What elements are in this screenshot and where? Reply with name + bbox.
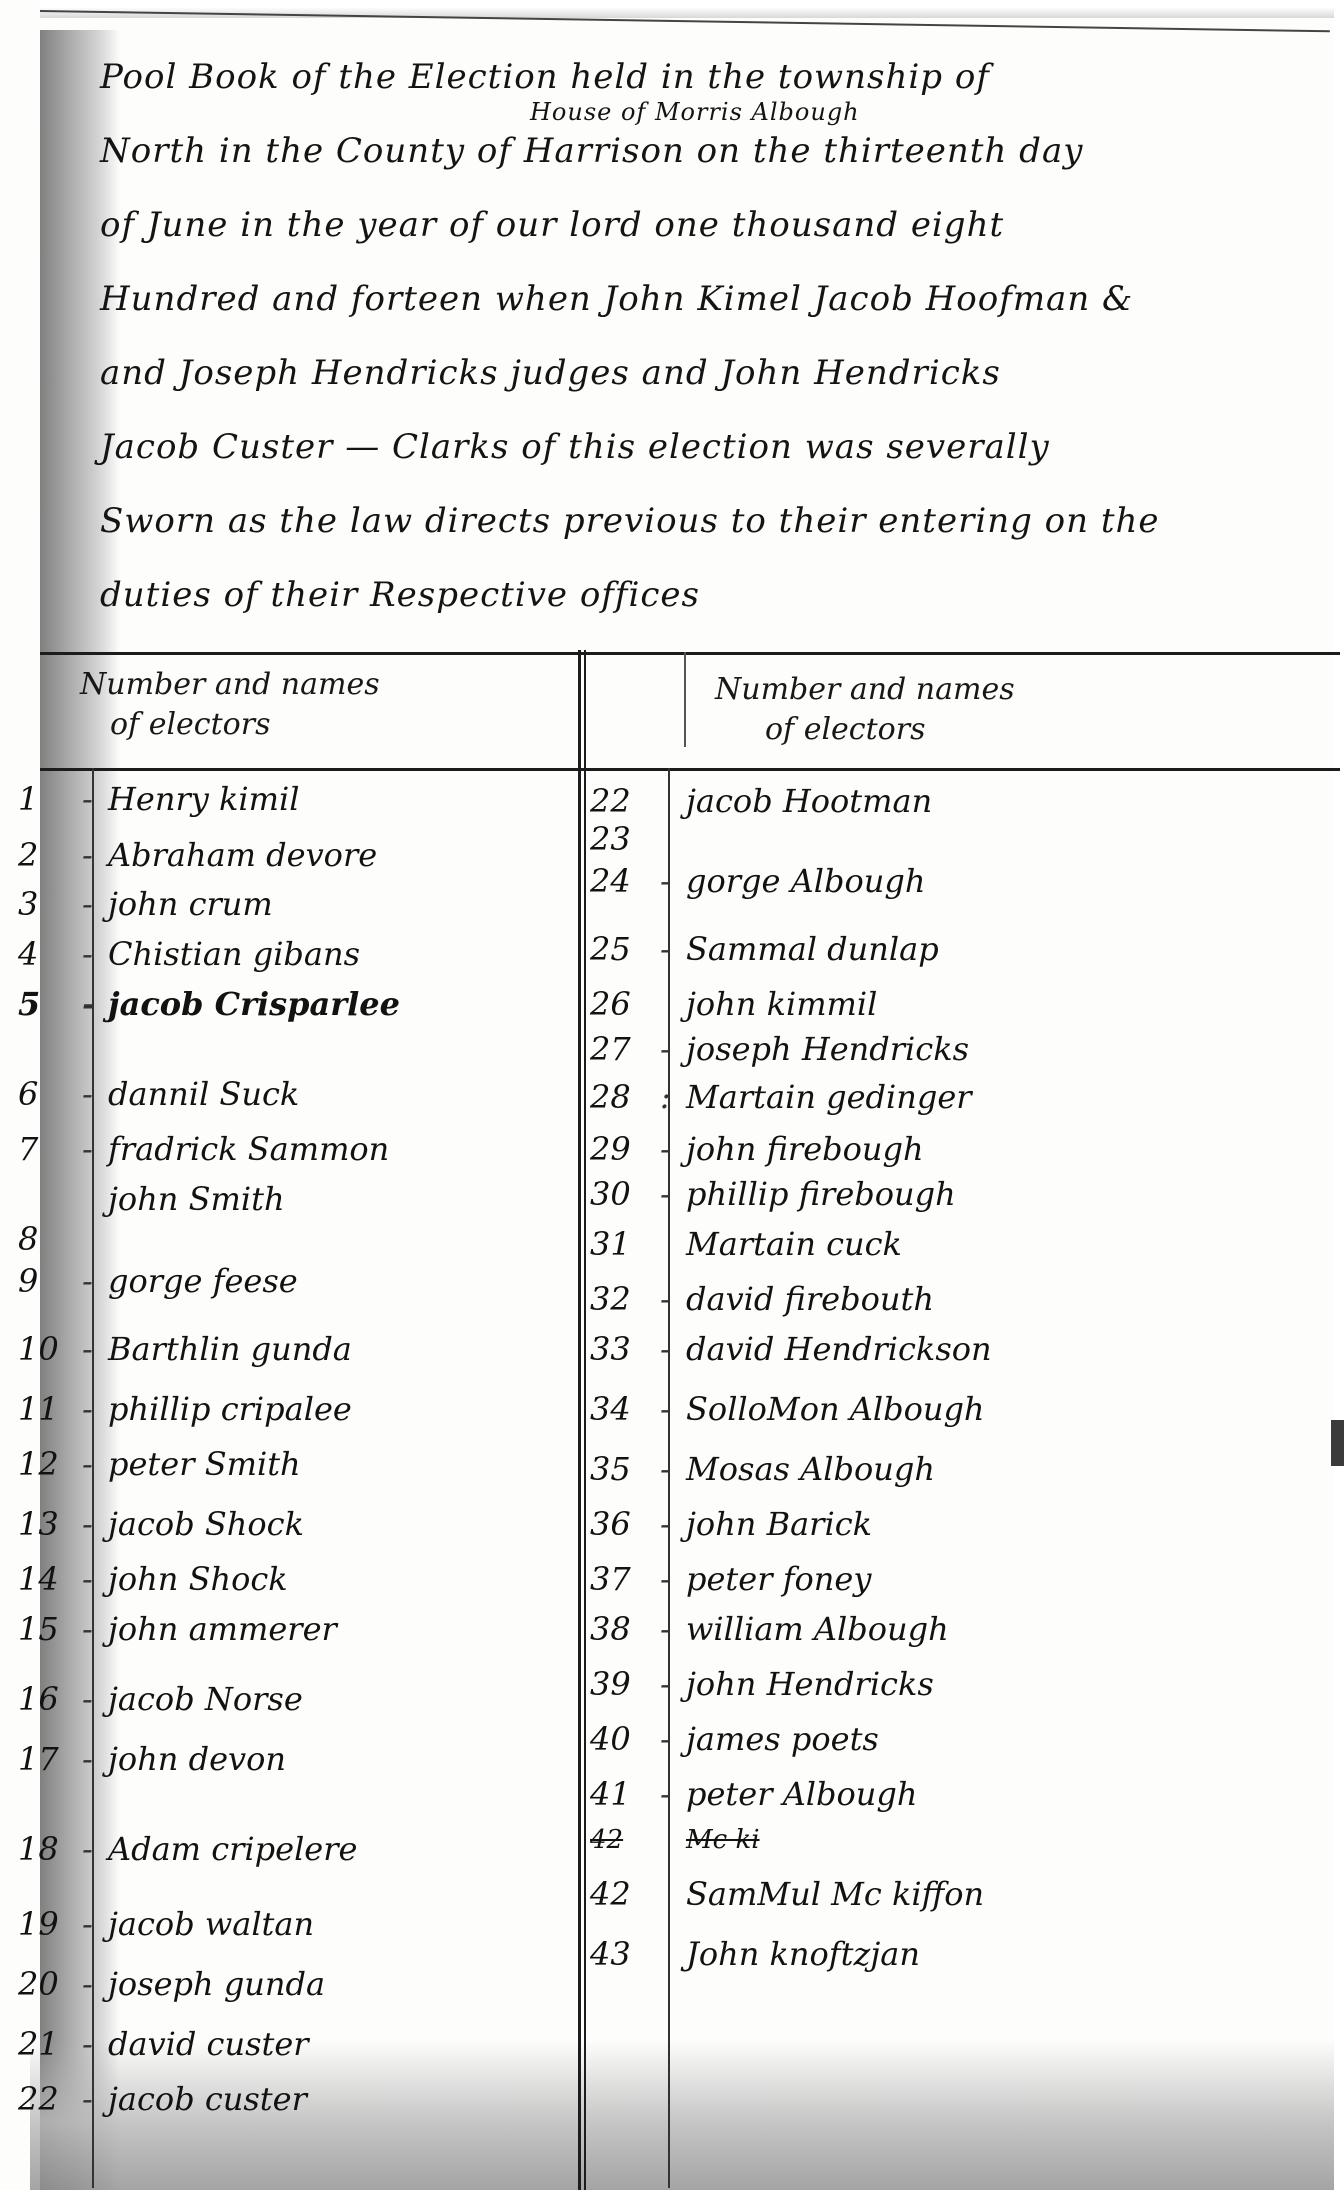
header-ink-mark [684, 652, 686, 747]
elector-name: jacob waltan [108, 1905, 314, 1943]
elector-name: John knoftzjan [686, 1935, 920, 1973]
elector-number: 17 [18, 1740, 82, 1778]
elector-row: 1-Henry kimil [18, 780, 299, 838]
elector-name: peter foney [686, 1560, 871, 1598]
elector-row: 21-david custer [18, 2025, 309, 2083]
elector-number: 32 [590, 1280, 660, 1318]
elector-row: 9-gorge feese [18, 1262, 298, 1320]
elector-name: john kimmil [686, 985, 877, 1023]
dash: - [82, 1075, 108, 1113]
elector-name: Barthlin gunda [108, 1330, 352, 1368]
table-top-rule [40, 652, 1340, 655]
dash: - [660, 1665, 686, 1703]
elector-name: jacob Hootman [686, 782, 932, 820]
elector-number: 30 [590, 1175, 660, 1213]
elector-row: 28:Martain gedinger [590, 1078, 972, 1136]
dash: - [660, 1775, 686, 1813]
elector-row: 42 SamMul Mc kiffon [590, 1875, 984, 1933]
heading-line: Sworn as the law directs previous to the… [100, 484, 1300, 558]
elector-name: Martain gedinger [686, 1078, 972, 1116]
elector-name: dannil Suck [108, 1075, 299, 1113]
elector-row: 33-david Hendrickson [590, 1330, 992, 1388]
elector-row: 10-Barthlin gunda [18, 1330, 352, 1388]
elector-name: Mosas Albough [686, 1450, 935, 1488]
left-header-line: Number and names [80, 665, 380, 705]
elector-name: phillip cripalee [108, 1390, 352, 1428]
elector-number: 40 [590, 1720, 660, 1758]
page-top-shadow [40, 0, 1344, 18]
elector-name: james poets [686, 1720, 879, 1758]
elector-number: 35 [590, 1450, 660, 1488]
elector-name: Abraham devore [108, 836, 377, 874]
right-header-line: of electors [715, 710, 1015, 750]
elector-name: john Hendricks [686, 1665, 934, 1703]
header-bottom-rule [40, 768, 1340, 771]
dash: - [82, 1390, 108, 1428]
dash: - [82, 885, 108, 923]
elector-number: 3 [18, 885, 82, 923]
elector-name: Henry kimil [108, 780, 299, 818]
elector-number: 12 [18, 1445, 82, 1483]
elector-number: 27 [590, 1030, 660, 1068]
heading-line: duties of their Respective offices [100, 558, 1300, 632]
dash: - [82, 935, 108, 973]
dash: - [660, 1390, 686, 1428]
elector-name: gorge feese [108, 1262, 298, 1300]
dash: - [660, 1610, 686, 1648]
dash: - [82, 985, 108, 1023]
elector-row: 38-william Albough [590, 1610, 949, 1668]
page-edge-tab [1331, 1420, 1344, 1466]
dash: - [82, 836, 108, 874]
dash: - [82, 1610, 108, 1648]
elector-name: jacob Shock [108, 1505, 304, 1543]
elector-number: 29 [590, 1130, 660, 1168]
elector-name: david Hendrickson [686, 1330, 992, 1368]
elector-row: 19-jacob waltan [18, 1905, 314, 1963]
elector-number: 19 [18, 1905, 82, 1943]
dash: - [660, 930, 686, 968]
elector-name: jacob Crisparlee [108, 985, 400, 1023]
dash: - [82, 1560, 108, 1598]
elector-row: 43 John knoftzjan [590, 1935, 920, 1993]
elector-name: john Smith [108, 1180, 285, 1218]
heading-line: and Joseph Hendricks judges and John Hen… [100, 336, 1300, 410]
elector-number: 36 [590, 1505, 660, 1543]
dash: - [82, 1330, 108, 1368]
elector-name: Martain cuck [686, 1225, 902, 1263]
dash: - [660, 1560, 686, 1598]
elector-row: 40-james poets [590, 1720, 879, 1778]
elector-number: 22 [590, 782, 660, 820]
poll-book-heading: Pool Book of the Election held in the to… [100, 40, 1300, 632]
elector-number: 8 [18, 1220, 82, 1258]
elector-number: 2 [18, 836, 82, 874]
elector-number: 13 [18, 1505, 82, 1543]
elector-number: 6 [18, 1075, 82, 1113]
elector-row: 20-joseph gunda [18, 1965, 325, 2023]
elector-row: 36-john Barick [590, 1505, 872, 1563]
dash: : [660, 1078, 686, 1116]
elector-name: fradrick Sammon [108, 1130, 389, 1168]
center-column-divider [578, 650, 581, 2190]
elector-number: 24 [590, 862, 660, 900]
elector-name: john ammerer [108, 1610, 337, 1648]
dash: - [660, 1330, 686, 1368]
heading-insertion: House of Morris Albough [530, 100, 860, 124]
dash: - [82, 1130, 108, 1168]
elector-row: 34-SolloMon Albough [590, 1390, 985, 1448]
elector-number: 26 [590, 985, 660, 1023]
elector-number: 42 [590, 1825, 660, 1855]
elector-row: 12-peter Smith [18, 1445, 301, 1503]
dash: - [82, 1905, 108, 1943]
dash: - [660, 1720, 686, 1758]
dash: - [660, 862, 686, 900]
elector-name: jacob Norse [108, 1680, 303, 1718]
page-right-margin [1334, 0, 1344, 2190]
elector-number: 42 [590, 1875, 660, 1913]
heading-line: Hundred and forteen when John Kimel Jaco… [100, 262, 1300, 336]
elector-name: SamMul Mc kiffon [686, 1875, 984, 1913]
elector-row: 31 Martain cuck [590, 1225, 902, 1283]
dash: - [82, 780, 108, 818]
elector-row: 15-john ammerer [18, 1610, 337, 1668]
elector-number: 4 [18, 935, 82, 973]
elector-number: 20 [18, 1965, 82, 2003]
dash: - [82, 1505, 108, 1543]
elector-name: john Barick [686, 1505, 872, 1543]
elector-row: 17-john devon [18, 1740, 286, 1798]
elector-number: 1 [18, 780, 82, 818]
elector-row: 35-Mosas Albough [590, 1450, 935, 1508]
heading-line: Jacob Custer — Clarks of this election w… [100, 410, 1300, 484]
elector-row: 18-Adam cripelere [18, 1830, 357, 1888]
elector-row: 5-jacob Crisparlee [18, 985, 400, 1043]
elector-number: 38 [590, 1610, 660, 1648]
dash: - [82, 1830, 108, 1868]
heading-line: of June in the year of our lord one thou… [100, 188, 1300, 262]
elector-number: 37 [590, 1560, 660, 1598]
dash: - [660, 1030, 686, 1068]
elector-number: 7 [18, 1130, 82, 1168]
dash: - [660, 1450, 686, 1488]
dash: - [82, 2080, 108, 2118]
document-page: Pool Book of the Election held in the to… [0, 0, 1344, 2190]
elector-name: david firebouth [686, 1280, 934, 1318]
elector-name: joseph gunda [108, 1965, 325, 2003]
elector-name: john Shock [108, 1560, 288, 1598]
elector-number: 34 [590, 1390, 660, 1428]
elector-number: 11 [18, 1390, 82, 1428]
elector-name: gorge Albough [686, 862, 925, 900]
elector-name: Sammal dunlap [686, 930, 939, 968]
dash: - [660, 1130, 686, 1168]
elector-name: peter Albough [686, 1775, 917, 1813]
elector-name: william Albough [686, 1610, 949, 1648]
dash: - [82, 1262, 108, 1300]
elector-number: 10 [18, 1330, 82, 1368]
dash: - [660, 1505, 686, 1543]
dash: - [82, 1445, 108, 1483]
right-column-header: Number and names of electors [715, 670, 1015, 750]
elector-row: 24-gorge Albough [590, 862, 925, 920]
elector-number: 33 [590, 1330, 660, 1368]
elector-number: 41 [590, 1775, 660, 1813]
elector-number: 21 [18, 2025, 82, 2063]
elector-row: 39-john Hendricks [590, 1665, 934, 1723]
elector-row: 22-jacob custer [18, 2080, 307, 2138]
elector-name: john devon [108, 1740, 286, 1778]
elector-row: 13-jacob Shock [18, 1505, 304, 1563]
elector-name: Mc ki [686, 1825, 760, 1855]
elector-row: 11-phillip cripalee [18, 1390, 352, 1448]
elector-row: 6-dannil Suck [18, 1075, 299, 1133]
elector-name: phillip firebough [686, 1175, 956, 1213]
elector-number: 28 [590, 1078, 660, 1116]
elector-row: 25-Sammal dunlap [590, 930, 939, 988]
elector-number: 43 [590, 1935, 660, 1973]
dash: - [660, 1175, 686, 1213]
dash: - [82, 2025, 108, 2063]
elector-name: peter Smith [108, 1445, 301, 1483]
elector-number: 14 [18, 1560, 82, 1598]
elector-number: 5 [18, 985, 82, 1023]
elector-number: 9 [18, 1262, 82, 1300]
elector-name: jacob custer [108, 2080, 307, 2118]
left-column-header: Number and names of electors [80, 665, 380, 745]
center-column-divider-double [584, 650, 586, 2190]
dash: - [82, 1740, 108, 1778]
elector-row: 16-jacob Norse [18, 1680, 303, 1738]
elector-name: Adam cripelere [108, 1830, 357, 1868]
elector-number: 15 [18, 1610, 82, 1648]
elector-number: 31 [590, 1225, 660, 1263]
elector-number: 22 [18, 2080, 82, 2118]
elector-number: 39 [590, 1665, 660, 1703]
right-header-line: Number and names [715, 670, 1015, 710]
dash: - [660, 1280, 686, 1318]
elector-name: SolloMon Albough [686, 1390, 985, 1428]
dash: - [82, 1965, 108, 2003]
elector-name: john firebough [686, 1130, 924, 1168]
elector-number: 16 [18, 1680, 82, 1718]
elector-name: david custer [108, 2025, 309, 2063]
elector-number: 25 [590, 930, 660, 968]
elector-number: 18 [18, 1830, 82, 1868]
elector-name: Chistian gibans [108, 935, 360, 973]
dash: - [82, 1680, 108, 1718]
elector-name: joseph Hendricks [686, 1030, 969, 1068]
left-header-line: of electors [80, 705, 380, 745]
elector-name: john crum [108, 885, 273, 923]
elector-number: 23 [590, 820, 660, 858]
